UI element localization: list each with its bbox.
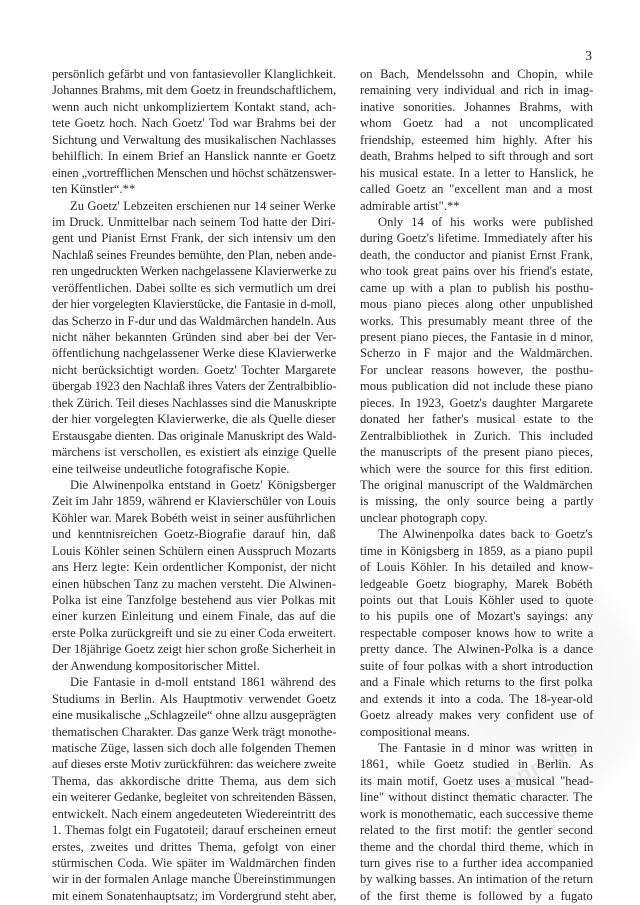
- text-line: present piano pieces, the Fantasie in d …: [360, 329, 593, 345]
- text-line: The Fantasie in d minor was written in: [360, 740, 593, 756]
- text-line: suite of four polkas with a short introd…: [360, 658, 593, 674]
- text-line: Goetz already makes very confident use o…: [360, 707, 593, 723]
- text-line: ein weiterer Gedanke, begleitet von schr…: [52, 789, 336, 805]
- text-line: who took great pains over his friend's e…: [360, 263, 593, 279]
- text-line: das Scherzo in F-dur und das Waldmärchen…: [52, 313, 336, 329]
- text-line: Zentralbibliothek in Zurich. This includ…: [360, 428, 593, 444]
- text-line: pretty dance. The Alwinen-Polka is a dan…: [360, 641, 593, 657]
- text-line: thematischen Charakter. Das ganze Werk t…: [52, 724, 336, 740]
- text-line: and a Finale which returns to the first …: [360, 674, 593, 690]
- text-line: of Louis Köhler. In his detailed and kno…: [360, 559, 593, 575]
- text-line: mous piano pieces along other unpublishe…: [360, 296, 593, 312]
- text-line: thek Zürich. Teil dieses Nachlasses sind…: [52, 395, 336, 411]
- german-text-column: persönlich gefärbt und von fantasievolle…: [52, 66, 336, 904]
- text-line: For unclear reasons however, the posthu-: [360, 362, 593, 378]
- text-line: line" without distinct thematic characte…: [360, 789, 593, 805]
- text-line: came up with a plan to publish his posth…: [360, 280, 593, 296]
- text-line: übergab 1923 den Nachlaß ihres Vaters de…: [52, 378, 336, 394]
- text-line: inative sonorities. Johannes Brahms, wit…: [360, 99, 593, 115]
- text-line: wir in der formalen Anlage manche Überei…: [52, 871, 336, 887]
- text-line: Studiums in Berlin. Als Hauptmotiv verwe…: [52, 691, 336, 707]
- text-line: öffentlichung nachgelassener Werke diese…: [52, 345, 336, 361]
- page-number: 3: [572, 48, 592, 64]
- text-line: märchens ist verschollen, es existiert a…: [52, 444, 336, 460]
- text-line: stürmischen Coda. Wie später im Waldmärc…: [52, 855, 336, 871]
- text-line: donated her father's musical estate to t…: [360, 411, 593, 427]
- text-line: Die Fantasie in d-moll entstand 1861 wäh…: [52, 674, 336, 690]
- text-line: pieces. In 1923, Goetz's daughter Margar…: [360, 395, 593, 411]
- text-line: is missing, the only source being a part…: [360, 493, 593, 509]
- text-line: during Goetz's lifetime. Immediately aft…: [360, 230, 593, 246]
- text-line: Only 14 of his works were published: [360, 214, 593, 230]
- text-line: friendship, esteemed him highly. After h…: [360, 132, 593, 148]
- text-line: ren ungedruckten Werken nachgelassene Kl…: [52, 263, 336, 279]
- text-line: The Alwinenpolka dates back to Goetz's: [360, 526, 593, 542]
- text-line: works. This presumably meant three of th…: [360, 313, 593, 329]
- text-line: nicht berücksichtigt worden. Goetz' Toch…: [52, 362, 336, 378]
- text-line: und kenntnisreichen Goetz-Biografie dara…: [52, 526, 336, 542]
- text-line: Polka ist eine Tanzfolge bestehend aus v…: [52, 592, 336, 608]
- text-line: 1861, while Goetz studied in Berlin. As: [360, 756, 593, 772]
- text-line: 1. Themas folgt ein Fugatoteil; darauf e…: [52, 822, 336, 838]
- text-line: death, Brahms helped to sift through and…: [360, 148, 593, 164]
- text-line: which were the source for this first edi…: [360, 461, 593, 477]
- text-line: to his pupils one of Mozart's sayings: a…: [360, 608, 593, 624]
- text-line: entwickelt. Nach einem angedeuteten Wied…: [52, 806, 336, 822]
- text-line: erstes, zweites und drittes Thema, gefol…: [52, 839, 336, 855]
- text-line: Louis Köhler seinen Schülern einen Aussp…: [52, 543, 336, 559]
- text-line: ten Künstler“.**: [52, 181, 336, 197]
- text-line: and extends it into a coda. The 18-year-…: [360, 691, 593, 707]
- text-line: einen hübschen Tanz zu machen versteht. …: [52, 576, 336, 592]
- text-line: mous publication did not include these p…: [360, 378, 593, 394]
- text-line: Nachlaß seines Freundes bemühte, den Pla…: [52, 247, 336, 263]
- text-line: persönlich gefärbt und von fantasievolle…: [52, 66, 336, 82]
- text-line: called Goetz an "excellent man and a mos…: [360, 181, 593, 197]
- text-line: veröffentlichen. Dabei sollte es sich ve…: [52, 280, 336, 296]
- text-line: Zeit im Jahr 1859, während er Klaviersch…: [52, 493, 336, 509]
- text-line: Die Alwinenpolka entstand in Goetz' Köni…: [52, 477, 336, 493]
- text-line: Zu Goetz' Lebzeiten erschienen nur 14 se…: [52, 198, 336, 214]
- text-line: whom Goetz had a not uncomplicated: [360, 115, 593, 131]
- text-line: wenn auch nicht unkompliziertem Kontakt …: [52, 99, 336, 115]
- text-line: death, the conductor and pianist Ernst F…: [360, 247, 593, 263]
- text-line: work is monothematic, each successive th…: [360, 806, 593, 822]
- text-line: einer kurzen Einleitung und einem Finale…: [52, 608, 336, 624]
- text-line: the manuscripts of the present piano pie…: [360, 444, 593, 460]
- text-line: unclear photograph copy.: [360, 510, 593, 526]
- text-line: eine musikalische „Schlagzeile“ ohne all…: [52, 707, 336, 723]
- text-line: Sichtung und Verwaltung des musikalische…: [52, 132, 336, 148]
- text-line: mit einem Sonatenhauptsatz; im Vordergru…: [52, 888, 336, 904]
- text-line: The original manuscript of the Waldmärch…: [360, 477, 593, 493]
- text-line: time in Königsberg in 1859, as a piano p…: [360, 543, 593, 559]
- text-line: remaining very individual and rich in im…: [360, 82, 593, 98]
- text-line: points out that Louis Köhler used to quo…: [360, 592, 593, 608]
- text-line: ledgeable Goetz biography, Marek Bobéth: [360, 576, 593, 592]
- text-line: Johannes Brahms, mit dem Goetz in freund…: [52, 82, 336, 98]
- text-line: eine teilweise undeutliche fotografische…: [52, 461, 336, 477]
- text-line: Scherzo in F major and the Waldmärchen.: [360, 345, 593, 361]
- english-text-column: on Bach, Mendelssohn and Chopin, whilere…: [360, 66, 593, 904]
- text-line: auf dieses erste Motiv zurückführen: das…: [52, 756, 336, 772]
- text-line: Erstausgabe dienten. Das originale Manus…: [52, 428, 336, 444]
- text-line: tete Goetz hoch. Nach Goetz' Tod war Bra…: [52, 115, 336, 131]
- text-line: respectable composer knows how to write …: [360, 625, 593, 641]
- text-line: by walking basses. An intimation of the …: [360, 871, 593, 887]
- text-line: on Bach, Mendelssohn and Chopin, while: [360, 66, 593, 82]
- text-line: behilflich. In einem Brief an Hanslick n…: [52, 148, 336, 164]
- text-line: related to the first motif: the gentler …: [360, 822, 593, 838]
- text-line: of the first theme is followed by a fuga…: [360, 888, 593, 904]
- text-line: his musical estate. In a letter to Hansl…: [360, 165, 593, 181]
- text-line: der hier vorgelegten Klavierstücke, die …: [52, 296, 336, 312]
- text-line: gent und Pianist Ernst Frank, der sich i…: [52, 230, 336, 246]
- text-line: ans Herz legte: Kein ordentlicher Kompon…: [52, 559, 336, 575]
- text-line: nicht näher bekannten Gründen sind aber …: [52, 329, 336, 345]
- text-line: Thema, das akkordische dritte Thema, aus…: [52, 773, 336, 789]
- text-line: Köhler war. Marek Bobéth weist in seiner…: [52, 510, 336, 526]
- text-line: compositional means.: [360, 724, 593, 740]
- text-line: der hier vorgelegten Klavierwerke, die a…: [52, 411, 336, 427]
- text-line: matische Züge, lassen sich doch alle fol…: [52, 740, 336, 756]
- text-line: der Anwendung kompositorischer Mittel.: [52, 658, 336, 674]
- text-line: Der 18jährige Goetz zeigt hier schon gro…: [52, 641, 336, 657]
- text-line: its main motif, Goetz uses a musical "he…: [360, 773, 593, 789]
- text-line: im Druck. Unmittelbar nach seinem Tod ha…: [52, 214, 336, 230]
- text-line: einen „vortrefflichen Menschen und höchs…: [52, 165, 336, 181]
- text-line: turn gives rise to a further idea accomp…: [360, 855, 593, 871]
- text-line: theme and the chordal third theme, which…: [360, 839, 593, 855]
- text-line: erste Polka zurückgreift und sie zu eine…: [52, 625, 336, 641]
- text-line: admirable artist".**: [360, 198, 593, 214]
